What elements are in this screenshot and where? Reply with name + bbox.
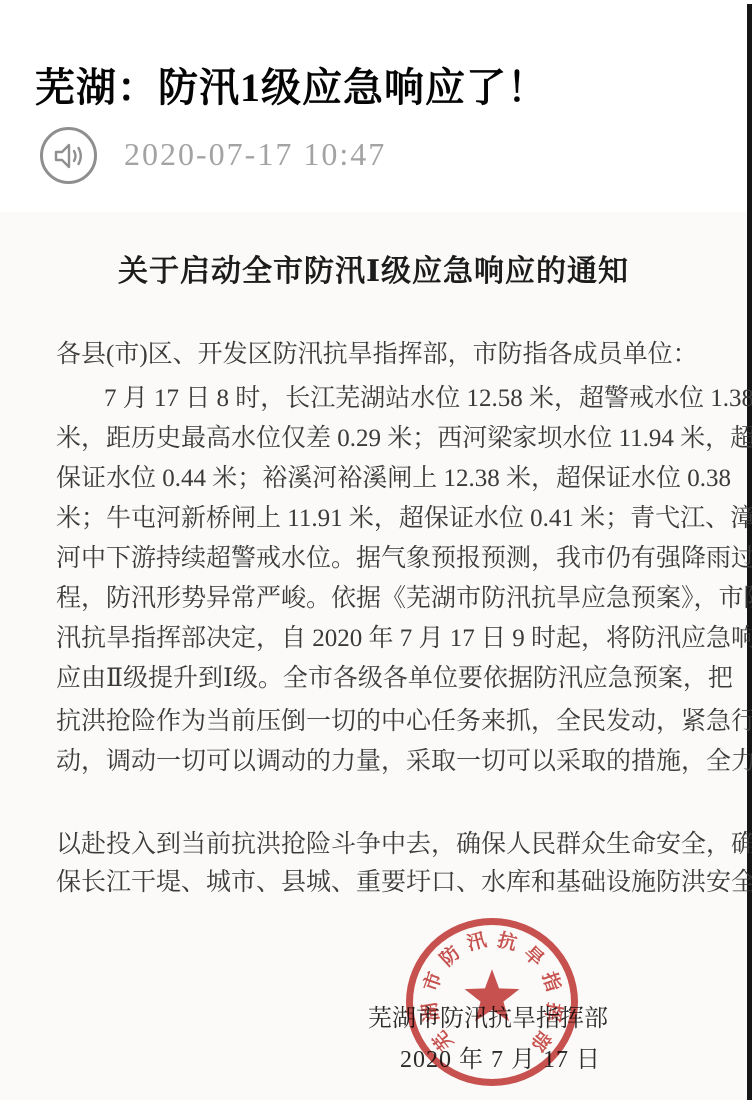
official-seal: 芜湖市防汛抗旱指挥部 — [406, 918, 578, 1086]
audio-play-button[interactable] — [40, 127, 97, 184]
page-title: 芜湖：防汛1级应急响应了！ — [35, 63, 715, 113]
notice-closing-line: 以赴投入到当前抗洪抢险斗争中去，确保人民群众生命安全，确 — [56, 831, 746, 858]
notice-body-line: 7 月 17 日 8 时，长江芜湖站水位 12.58 米，超警戒水位 1.38 — [56, 385, 752, 412]
notice-body-line: 应由Ⅱ级提升到Ⅰ级。全市各级各单位要依据防汛应急预案，把 — [56, 665, 746, 692]
notice-body-line: 汛抗旱指挥部决定，自 2020 年 7 月 17 日 9 时起，将防汛应急响 — [56, 625, 746, 652]
notice-title: 关于启动全市防汛Ⅰ级应急响应的通知 — [0, 246, 747, 290]
notice-body-line: 动，调动一切可以调动的力量，采取一切可以采取的措施，全力 — [56, 748, 746, 775]
notice-salutation: 各县(市)区、开发区防汛抗旱指挥部，市防指各成员单位： — [56, 341, 746, 368]
notice-closing-line: 保长江干堤、城市、县城、重要圩口、水库和基础设施防洪安全。 — [56, 869, 746, 896]
scanned-notice: 关于启动全市防汛Ⅰ级应急响应的通知 各县(市)区、开发区防汛抗旱指挥部，市防指各… — [0, 212, 747, 1100]
notice-body-line: 米，距历史最高水位仅差 0.29 米；西河梁家坝水位 11.94 米，超 — [56, 425, 746, 452]
publish-date: 2020-07-17 10:47 — [124, 136, 386, 173]
notice-body-line: 程，防汛形势异常严峻。依据《芜湖市防汛抗旱应急预案》，市防 — [56, 585, 746, 612]
article-page: 芜湖：防汛1级应急响应了！ 2020-07-17 10:47 关于启动全市防汛Ⅰ… — [0, 0, 752, 1100]
notice-body-line: 保证水位 0.44 米；裕溪河裕溪闸上 12.38 米，超保证水位 0.38 — [56, 465, 746, 492]
notice-body-line: 抗洪抢险作为当前压倒一切的中心任务来抓，全民发动，紧急行 — [56, 708, 746, 735]
seal-char: 湖 — [420, 1001, 443, 1024]
speaker-icon — [52, 141, 86, 171]
notice-body-line: 河中下游持续超警戒水位。据气象预报预测，我市仍有强降雨过 — [56, 545, 746, 572]
seal-star-icon — [460, 966, 524, 1030]
notice-body-line: 米；牛屯河新桥闸上 11.91 米，超保证水位 0.41 米；青弋江、漳 — [56, 505, 746, 532]
seal-char: 挥 — [541, 1001, 564, 1024]
